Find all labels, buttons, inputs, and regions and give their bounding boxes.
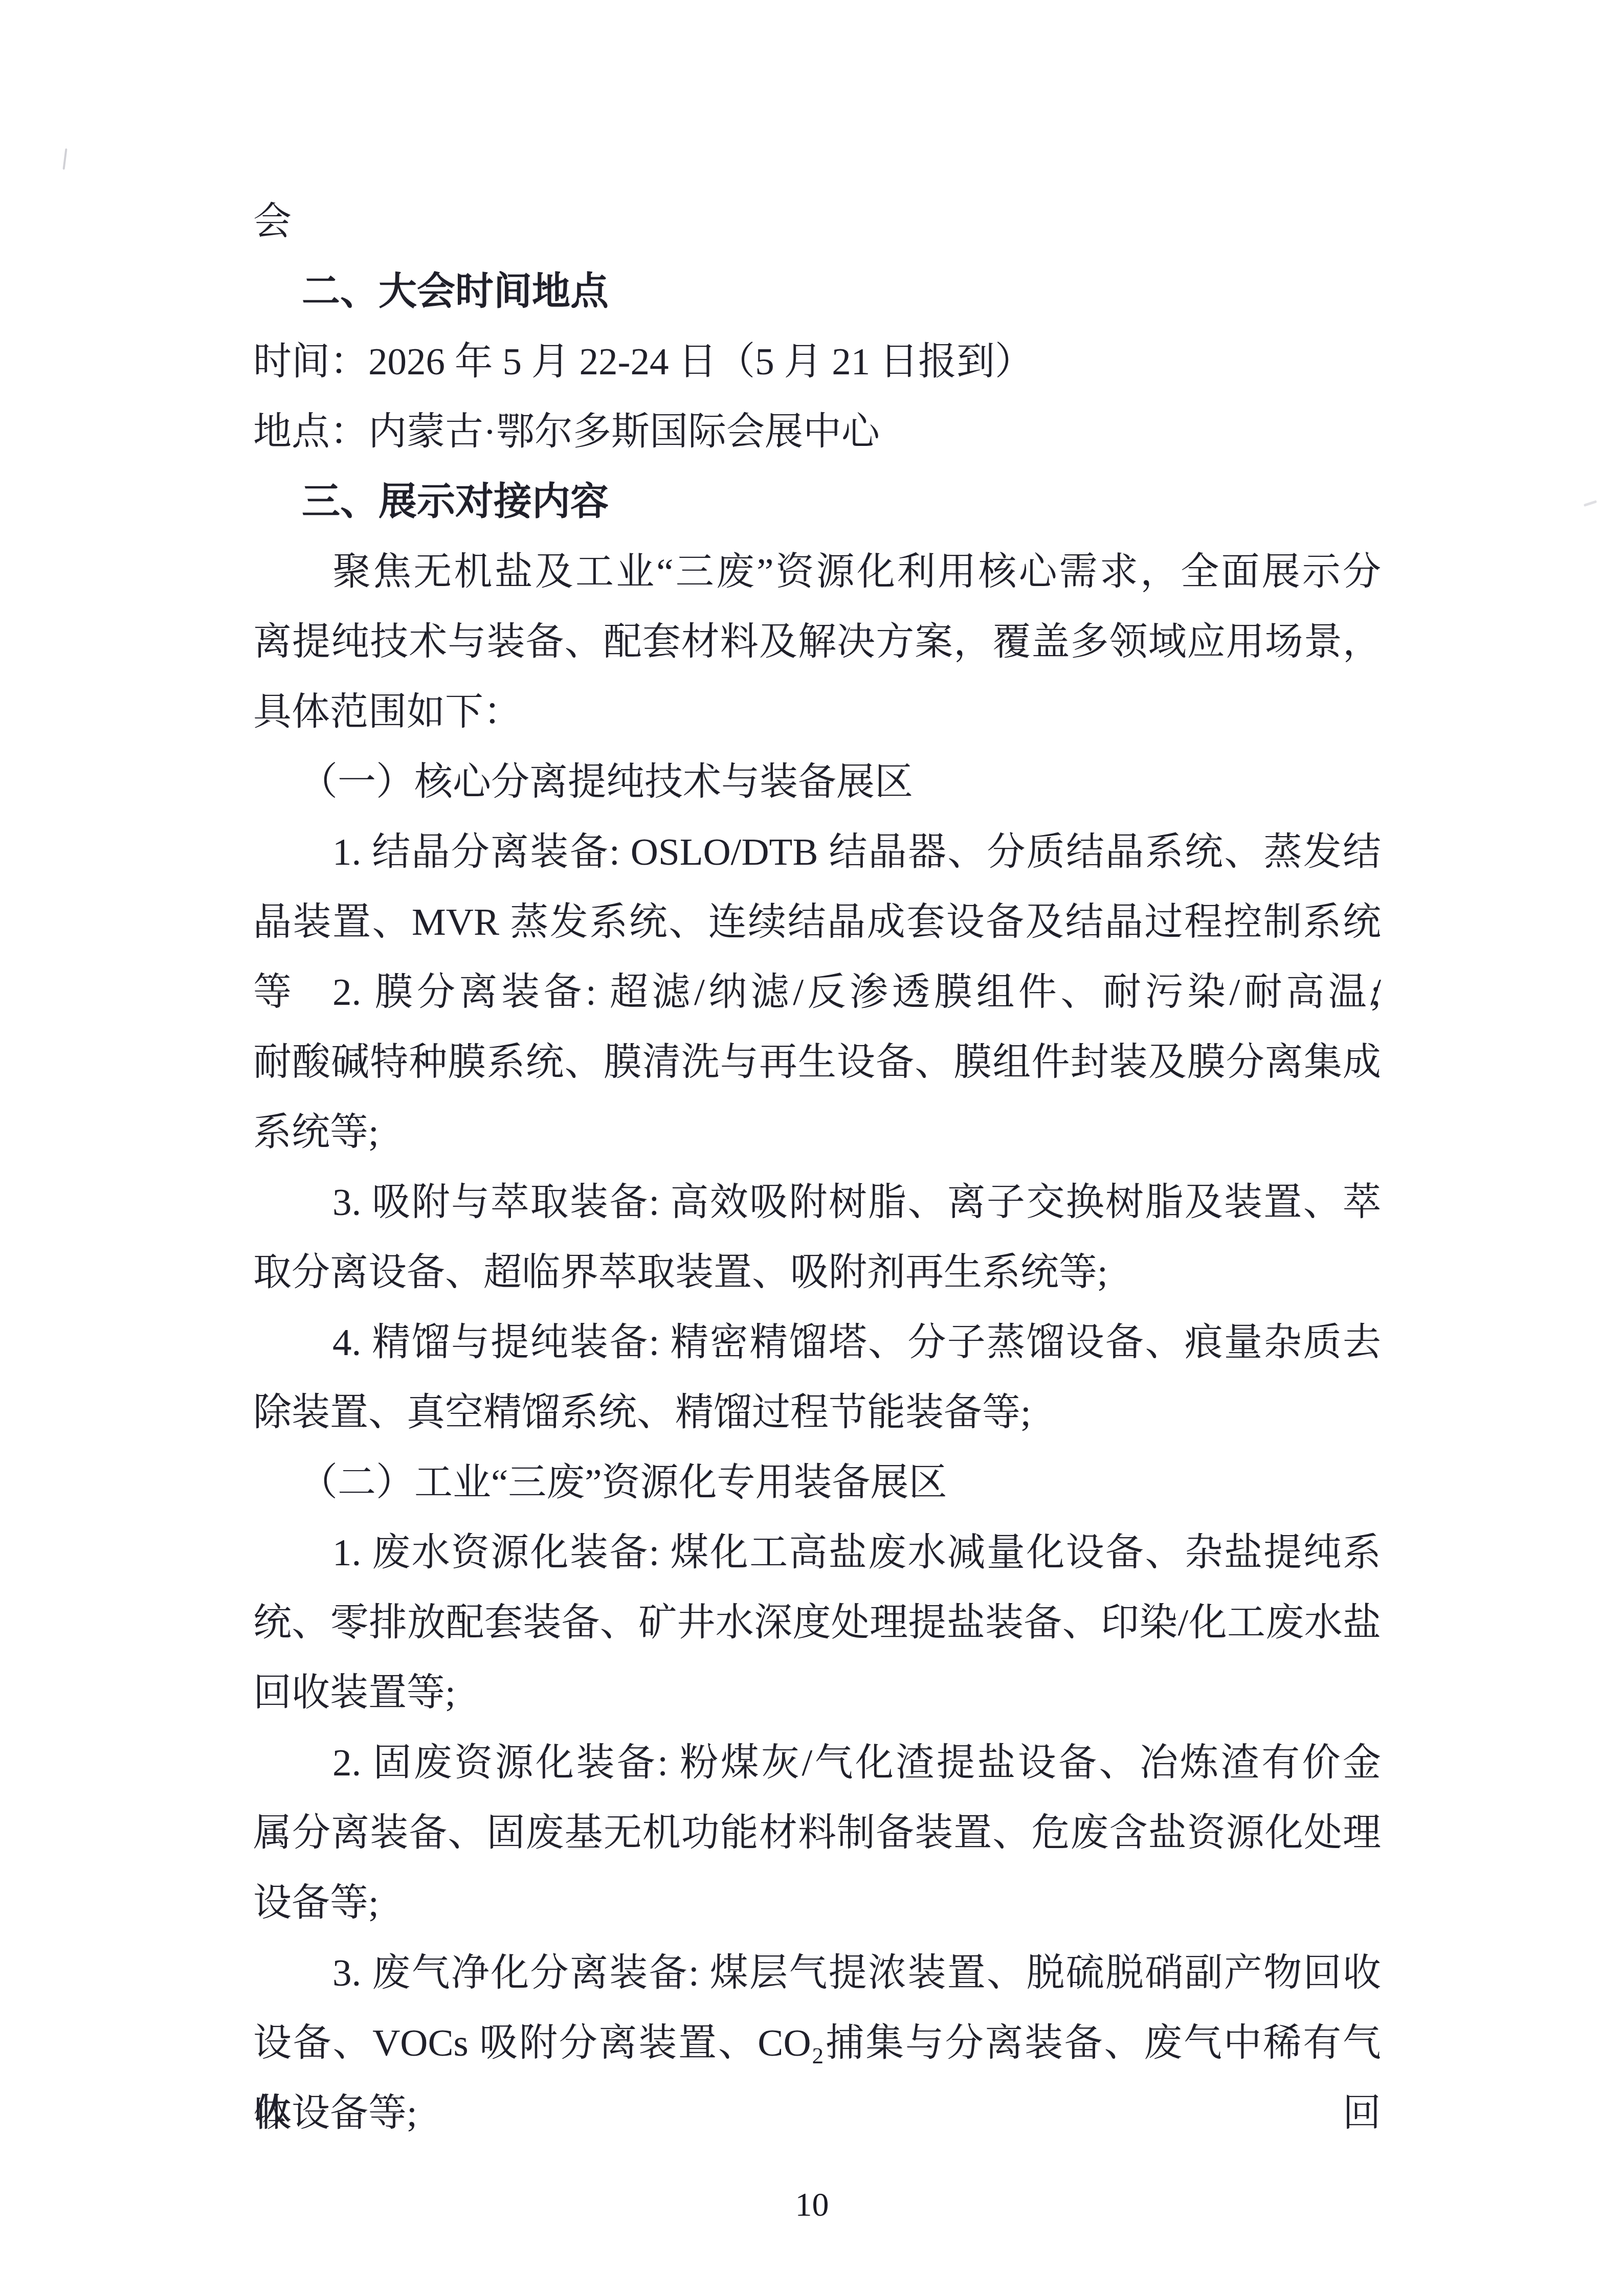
document-page: 会二、大会时间地点时间：2026 年 5 月 22-24 日（5 月 21 日报… <box>0 0 1624 2296</box>
text-line: 耐酸碱特种膜系统、膜清洗与再生设备、膜组件封装及膜分离集成 <box>253 1027 1381 1097</box>
text-line: 4. 精馏与提纯装备: 精密精馏塔、分子蒸馏设备、痕量杂质去 <box>253 1308 1381 1378</box>
text-line: 二、大会时间地点 <box>253 257 1381 327</box>
text-line: 1. 结晶分离装备: OSLO/DTB 结晶器、分质结晶系统、蒸发结 <box>253 817 1381 887</box>
text-line: 三、展示对接内容 <box>253 467 1381 537</box>
text-line: 聚焦无机盐及工业“三废”资源化利用核心需求，全面展示分 <box>253 537 1381 607</box>
text-line: 设备等; <box>253 1868 1381 1938</box>
text-line: 统、零排放配套装备、矿井水深度处理提盐装备、印染/化工废水盐 <box>253 1588 1381 1658</box>
scan-artifact <box>1584 500 1597 507</box>
text-line: 具体范围如下： <box>253 677 1381 747</box>
text-line: 地点：内蒙古·鄂尔多斯国际会展中心 <box>253 397 1381 467</box>
text-line: 回收装置等; <box>253 1658 1381 1728</box>
text-line: （二）工业“三废”资源化专用装备展区 <box>253 1448 1381 1518</box>
text-line: 晶装置、MVR 蒸发系统、连续结晶成套设备及结晶过程控制系统等; <box>253 887 1381 957</box>
text-line: 设备、VOCs 吸附分离装置、CO₂捕集与分离装备、废气中稀有气体回 <box>253 2008 1381 2078</box>
text-line: 取分离设备、超临界萃取装置、吸附剂再生系统等; <box>253 1237 1381 1308</box>
scan-artifact <box>62 148 67 170</box>
document-lines: 会二、大会时间地点时间：2026 年 5 月 22-24 日（5 月 21 日报… <box>253 187 1381 2148</box>
text-line: 2. 膜分离装备: 超滤/纳滤/反渗透膜组件、耐污染/耐高温/ <box>253 957 1381 1027</box>
text-line: 属分离装备、固废基无机功能材料制备装置、危废含盐资源化处理 <box>253 1798 1381 1868</box>
text-line: 离提纯技术与装备、配套材料及解决方案，覆盖多领域应用场景， <box>253 607 1381 677</box>
text-line: 系统等; <box>253 1097 1381 1167</box>
text-line: 3. 吸附与萃取装备: 高效吸附树脂、离子交换树脂及装置、萃 <box>253 1167 1381 1237</box>
text-line: 2. 固废资源化装备: 粉煤灰/气化渣提盐设备、冶炼渣有价金 <box>253 1728 1381 1798</box>
text-line: 时间：2026 年 5 月 22-24 日（5 月 21 日报到） <box>253 327 1381 397</box>
text-line: （一）核心分离提纯技术与装备展区 <box>253 747 1381 817</box>
text-line: 3. 废气净化分离装备: 煤层气提浓装置、脱硫脱硝副产物回收 <box>253 1938 1381 2008</box>
text-line: 1. 废水资源化装备: 煤化工高盐废水减量化设备、杂盐提纯系 <box>253 1518 1381 1588</box>
page-number: 10 <box>0 2179 1624 2231</box>
text-line: 除装置、真空精馏系统、精馏过程节能装备等; <box>253 1378 1381 1448</box>
text-line: 会 <box>253 187 1381 257</box>
